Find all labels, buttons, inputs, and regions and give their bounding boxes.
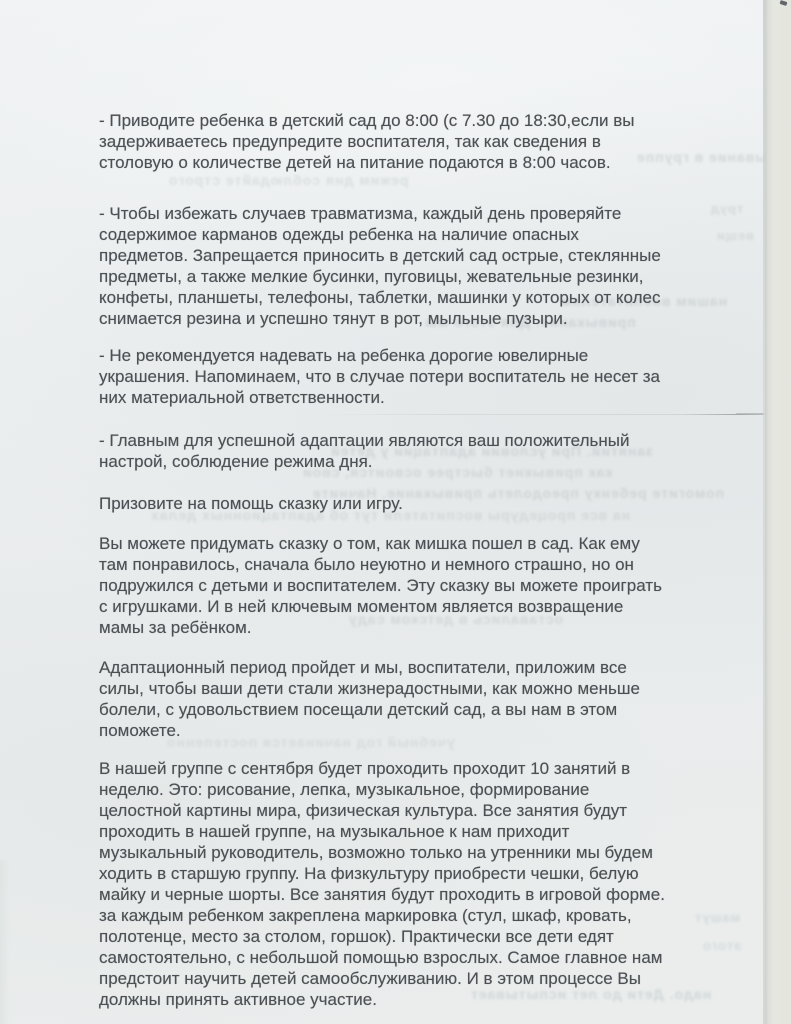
- text-line: содержимое карманов одежды ребенка на на…: [99, 224, 739, 245]
- text-line: силы, чтобы ваши дети стали жизнерадостн…: [99, 678, 739, 699]
- text-line: ходить в старшую группу. На физкультуру …: [99, 863, 739, 884]
- paragraph: - Приводите ребенка в детский сад до 8:0…: [99, 110, 739, 173]
- paragraph: Призовите на помощь сказку или игру.: [99, 493, 739, 514]
- paragraph: Вы можете придумать сказку о том, как ми…: [99, 533, 739, 638]
- text-line: задерживаетесь предупредите воспитателя,…: [99, 131, 739, 152]
- text-line: поможете.: [99, 720, 739, 741]
- text-line: проходить в нашей группе, на музыкальное…: [99, 821, 739, 842]
- paragraph: - Не рекомендуется надевать на ребенка д…: [99, 345, 739, 408]
- text-line: - Приводите ребенка в детский сад до 8:0…: [99, 110, 739, 131]
- text-line: болели, с удовольствием посещали детский…: [99, 699, 739, 720]
- paragraph: Адаптационный период пройдет и мы, воспи…: [99, 657, 739, 741]
- scan-right-edge-strip: [765, 0, 791, 1024]
- text-line: украшения. Напоминаем, что в случае поте…: [99, 366, 739, 387]
- text-line: столовую о количестве детей на питание п…: [99, 152, 739, 173]
- text-line: - Чтобы избежать случаев травматизма, ка…: [99, 203, 739, 224]
- text-line: предстоит научить детей самообслуживанию…: [99, 968, 739, 989]
- text-line: них материальной ответственности.: [99, 387, 739, 408]
- text-line: Вы можете придумать сказку о том, как ми…: [99, 533, 739, 554]
- paragraph: В нашей группе с сентября будет проходит…: [99, 758, 739, 1010]
- text-line: предметы, а также мелкие бусинки, пугови…: [99, 266, 739, 287]
- text-line: снимается резина и успешно тянут в рот, …: [99, 308, 739, 329]
- text-line: - Не рекомендуется надевать на ребенка д…: [99, 345, 739, 366]
- text-line: - Главным для успешной адаптации являютс…: [99, 430, 739, 451]
- text-line: майку и черные шорты. Все занятия будут …: [99, 884, 739, 905]
- text-line: мамы за ребёнком.: [99, 617, 739, 638]
- text-line: В нашей группе с сентября будет проходит…: [99, 758, 739, 779]
- text-line: с игрушками. И в ней ключевым моментом я…: [99, 596, 739, 617]
- text-line: полотенце, место за столом, горшок). Пра…: [99, 926, 739, 947]
- text-line: Адаптационный период пройдет и мы, воспи…: [99, 657, 739, 678]
- text-line: за каждым ребенком закреплена маркировка…: [99, 905, 739, 926]
- text-line: конфеты, планшеты, телефоны, таблетки, м…: [99, 287, 739, 308]
- text-line: Призовите на помощь сказку или игру.: [99, 493, 739, 514]
- text-line: неделю. Это: рисование, лепка, музыкальн…: [99, 779, 739, 800]
- scanned-page: пребывание в группережим дня соблюдайте …: [0, 0, 791, 1024]
- paper-right-edge-line: [763, 0, 765, 1024]
- paper-left-edge-shadow: [0, 860, 10, 1024]
- text-line: настрой, соблюдение режима дня.: [99, 451, 739, 472]
- text-line: предметов. Запрещается приносить в детск…: [99, 245, 739, 266]
- paragraph: - Чтобы избежать случаев травматизма, ка…: [99, 203, 739, 329]
- text-line: целостной картины мира, физическая культ…: [99, 800, 739, 821]
- text-line: самостоятельно, с небольшой помощью взро…: [99, 947, 739, 968]
- text-line: музыкальный руководитель, возможно тольк…: [99, 842, 739, 863]
- paragraph: - Главным для успешной адаптации являютс…: [99, 430, 739, 472]
- text-line: там понравилось, сначала было неуютно и …: [99, 554, 739, 575]
- document-body: - Приводите ребенка в детский сад до 8:0…: [99, 110, 739, 1010]
- text-line: подружился с детьми и воспитателем. Эту …: [99, 575, 739, 596]
- text-line: должны принять активное участие.: [99, 989, 739, 1010]
